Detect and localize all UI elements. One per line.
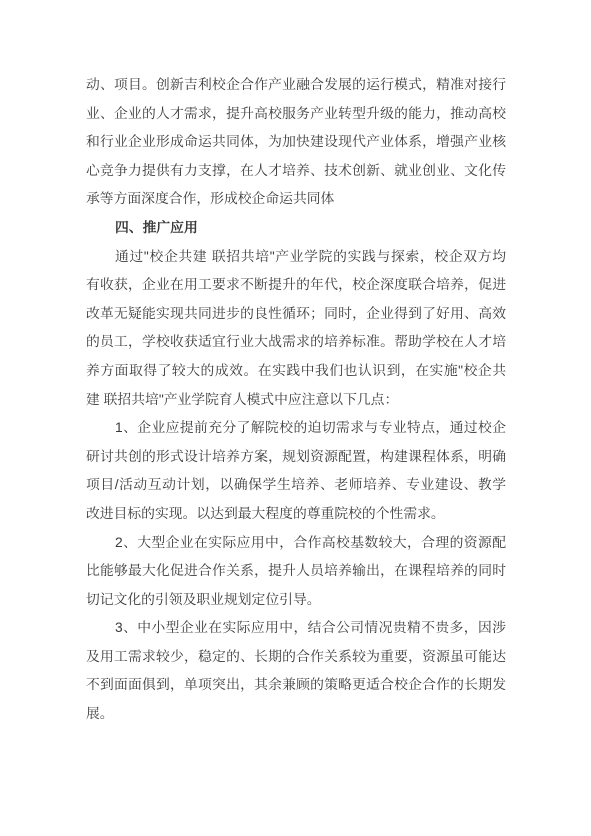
text-line: 3、中小型企业在实际应用中，结合公司情况贵精不贵多，因涉 [86,614,506,643]
section-heading: 四、推广应用 [86,214,506,243]
text-line: 心竞争力提供有力支撑，在人才培养、技术创新、就业创业、文化传 [86,157,506,186]
text-line: 通过"校企共建 联招共培"产业学院的实践与探索，校企双方均 [86,243,506,272]
text-line: 动、项目。创新吉利校企合作产业融合发展的运行模式，精准对接行 [86,71,506,100]
text-line: 不到面面俱到，单项突出，其余兼顾的策略更适合校企合作的长期发 [86,671,506,700]
text-line: 改革无疑能实现共同进步的良性循环；同时，企业得到了好用、高效 [86,300,506,329]
text-line: 有收获，企业在用工要求不断提升的年代，校企深度联合培养，促进 [86,271,506,300]
text-line: 和行业企业形成命运共同体，为加快建设现代产业体系，增强产业核 [86,128,506,157]
list-item-1: 1、企业应提前充分了解院校的迫切需求与专业特点，通过校企 研讨共创的形式设计培养… [86,414,506,528]
document-page: 动、项目。创新吉利校企合作产业融合发展的运行模式，精准对接行 业、企业的人才需求… [0,0,591,836]
text-line: 建 联招共培"产业学院育人模式中应注意以下几点： [86,386,506,415]
paragraph-continuation: 动、项目。创新吉利校企合作产业融合发展的运行模式，精准对接行 业、企业的人才需求… [86,71,506,214]
section: 四、推广应用 [86,214,506,243]
text-line: 切记文化的引领及职业规划定位引导。 [86,586,506,615]
text-line: 2、大型企业在实际应用中，合作高校基数较大，合理的资源配 [86,529,506,558]
text-line: 及用工需求较少，稳定的、长期的合作关系较为重要，资源虽可能达 [86,643,506,672]
document-body: 动、项目。创新吉利校企合作产业融合发展的运行模式，精准对接行 业、企业的人才需求… [86,71,506,729]
text-line: 研讨共创的形式设计培养方案，规划资源配置，构建课程体系，明确 [86,443,506,472]
list-item-2: 2、大型企业在实际应用中，合作高校基数较大，合理的资源配 比能够最大化促进合作关… [86,529,506,615]
text-line: 比能够最大化促进合作关系，提升人员培养输出，在课程培养的同时 [86,557,506,586]
text-line: 的员工，学校收获适宜行业大战需求的培养标准。帮助学校在人才培 [86,328,506,357]
text-line: 展。 [86,700,506,729]
text-line: 改进目标的实现。以达到最大程度的尊重院校的个性需求。 [86,500,506,529]
text-line: 业、企业的人才需求，提升高校服务产业转型升级的能力，推动高校 [86,100,506,129]
paragraph-body: 通过"校企共建 联招共培"产业学院的实践与探索，校企双方均 有收获，企业在用工要… [86,243,506,415]
text-line: 承等方面深度合作，形成校企命运共同体 [86,185,506,214]
text-line: 养方面取得了较大的成效。在实践中我们也认识到，在实施"校企共 [86,357,506,386]
list-item-3: 3、中小型企业在实际应用中，结合公司情况贵精不贵多，因涉 及用工需求较少，稳定的… [86,614,506,728]
text-line: 1、企业应提前充分了解院校的迫切需求与专业特点，通过校企 [86,414,506,443]
text-line: 项目/活动互动计划，以确保学生培养、老师培养、专业建设、教学 [86,471,506,500]
